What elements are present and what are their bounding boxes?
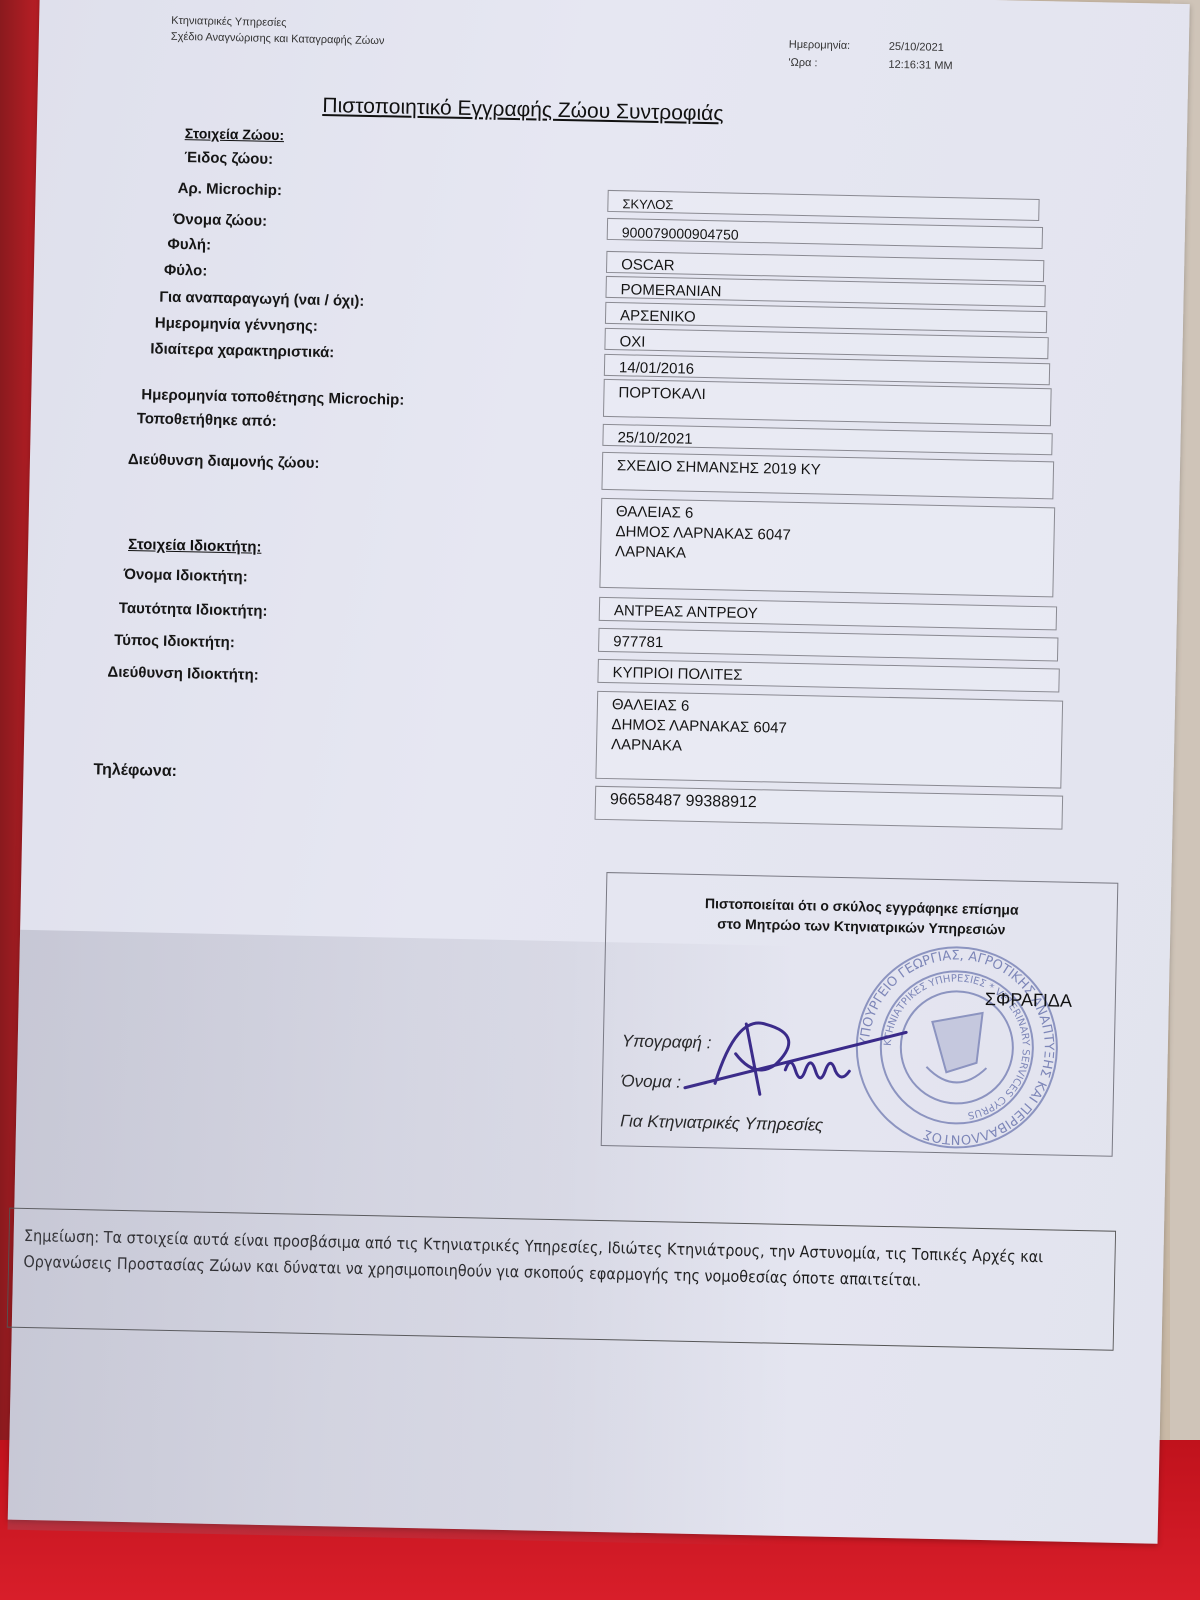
date-label: Ημερομηνία: — [789, 36, 889, 56]
name-label: Όνομα : — [621, 1071, 681, 1092]
field-label: Όνομα Ιδιοκτήτη: — [123, 566, 247, 586]
time-value: 12:16:31 ΜΜ — [888, 56, 953, 75]
field-label: Τοποθετήθηκε από: — [137, 410, 277, 430]
disclaimer-note: Σημείωση: Τα στοιχεία αυτά είναι προσβάσ… — [7, 1208, 1116, 1351]
certification-statement: Πιστοποιείται ότι ο σκύλος εγγράφηκε επί… — [606, 891, 1117, 942]
field-label: Ιδιαίτερα χαρακτηριστικά: — [150, 340, 334, 361]
owner-name-field: ΑΝΤΡΕΑΣ ΑΝΤΡΕΟΥ — [599, 597, 1057, 631]
owner-id-field: 977781 — [598, 628, 1058, 662]
organization-header: Κτηνιατρικές Υπηρεσίες Σχέδιο Αναγνώριση… — [171, 13, 385, 49]
animal-section-heading: Στοιχεία Ζώου: — [185, 125, 285, 143]
microchip-date-field: 25/10/2021 — [602, 424, 1052, 455]
implanted-by-field: ΣΧΕΔΙΟ ΣΗΜΑΝΣΗΣ 2019 ΚΥ — [601, 452, 1054, 499]
field-label: Ημερομηνία γέννησης: — [155, 314, 318, 334]
owner-section-heading: Στοιχεία Ιδιοκτήτη: — [128, 536, 262, 556]
field-label: Ταυτότητα Ιδιοκτήτη: — [119, 600, 268, 620]
field-label: Φύλο: — [164, 262, 208, 280]
field-label: Διεύθυνση διαμονής ζώου: — [128, 451, 320, 472]
field-label: Τηλέφωνα: — [93, 761, 177, 781]
owner-address-field: ΘΑΛΕΙΑΣ 6 ΔΗΜΟΣ ΛΑΡΝΑΚΑΣ 6047 ΛΑΡΝΑΚΑ — [595, 691, 1063, 789]
date-time-block: Ημερομηνία:25/10/2021 'Ωρα :12:16:31 ΜΜ — [788, 36, 953, 75]
characteristics-field: ΠΟΡΤΟΚΑΛΙ — [603, 379, 1052, 426]
document-title: Πιστοποιητικό Εγγραφής Ζώου Συντροφιάς — [322, 94, 724, 126]
date-value: 25/10/2021 — [889, 38, 944, 57]
veterinary-services-label: Για Κτηνιατρικές Υπηρεσίες — [620, 1111, 823, 1135]
animal-address-field: ΘΑΛΕΙΑΣ 6 ΔΗΜΟΣ ΛΑΡΝΑΚΑΣ 6047 ΛΑΡΝΑΚΑ — [599, 498, 1055, 597]
field-label: Αρ. Microchip: — [177, 180, 282, 199]
field-label: Τύπος Ιδιοκτήτη: — [114, 632, 235, 652]
species-field: ΣΚΥΛΟΣ — [607, 190, 1039, 221]
field-label: Φυλή: — [167, 236, 211, 254]
signature-icon — [675, 993, 917, 1108]
field-label: Όνομα ζώου: — [173, 211, 267, 230]
owner-type-field: ΚΥΠΡΙΟΙ ΠΟΛΙΤΕΣ — [597, 659, 1059, 693]
phones-field: 96658487 99388912 — [595, 786, 1064, 830]
certification-box: Πιστοποιείται ότι ο σκύλος εγγράφηκε επί… — [601, 872, 1119, 1157]
field-label: Ημερομηνία τοποθέτησης Microchip: — [141, 386, 404, 409]
time-label: 'Ωρα : — [788, 54, 888, 74]
field-label: Διεύθυνση Ιδιοκτήτη: — [107, 664, 259, 684]
field-label: Για αναπαραγωγή (ναι / όχι): — [159, 289, 364, 310]
stamp-label: ΣΦΡΑΓΙΔΑ — [985, 989, 1073, 1012]
certificate-document: Κτηνιατρικές Υπηρεσίες Σχέδιο Αναγνώριση… — [8, 0, 1190, 1544]
field-label: Έιδος ζώου: — [184, 149, 273, 168]
microchip-field: 900079000904750 — [607, 218, 1043, 249]
org-scheme: Σχέδιο Αναγνώρισης και Καταγραφής Ζώων — [171, 29, 385, 49]
